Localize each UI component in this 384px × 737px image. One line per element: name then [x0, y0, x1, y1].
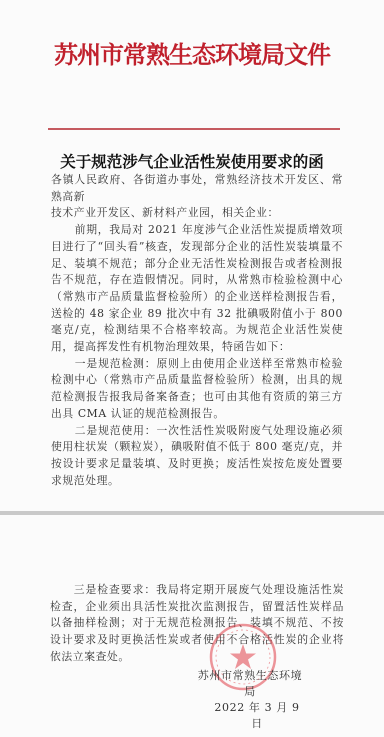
paragraph-inspection-requirements: 三是检查要求：我局将定期开展废气处理设施活性炭检查，企业须出具活性炭批次监测报告… [50, 582, 344, 666]
paragraph-background: 前期，我局对 2021 年度涉气企业活性炭提质增效项目进行了“回头看”核查，发现… [51, 222, 343, 356]
document-body-page-1: 各镇人民政府、各街道办事处，常熟经济技术开发区、常熟高新 技术产业开发区、新材料… [51, 172, 343, 489]
addressees-line-1: 各镇人民政府、各街道办事处，常熟经济技术开发区、常熟高新 [51, 172, 343, 205]
signature-organization: 苏州市常熟生态环境局 [198, 669, 302, 698]
issuer-header: 苏州市常熟生态环境局文件 [0, 38, 384, 72]
document-title: 关于规范涉气企业活性炭使用要求的函 [0, 152, 384, 172]
signature-block: 苏州市常熟生态环境局 2022 年 3 月 9 日 [195, 668, 305, 732]
paragraph-regulate-testing: 一是规范检测：原则上由使用企业送样至常熟市检验检测中心（常熟市产品质量监督检验所… [51, 356, 343, 423]
signature-date: 2022 年 3 月 9 日 [195, 700, 305, 732]
addressees-line-2: 技术产业开发区、新材料产业园，相关企业： [51, 205, 343, 222]
document-body-page-2: 三是检查要求：我局将定期开展废气处理设施活性炭检查，企业须出具活性炭批次监测报告… [50, 582, 344, 666]
header-red-rule [48, 128, 340, 130]
paragraph-regulate-usage: 二是规范使用：一次性活性炭吸附废气处理设施必须使用柱状炭（颗粒炭），碘吸附值不低… [51, 423, 343, 490]
document-page-1: 苏州市常熟生态环境局文件 关于规范涉气企业活性炭使用要求的函 各镇人民政府、各街… [0, 0, 384, 512]
